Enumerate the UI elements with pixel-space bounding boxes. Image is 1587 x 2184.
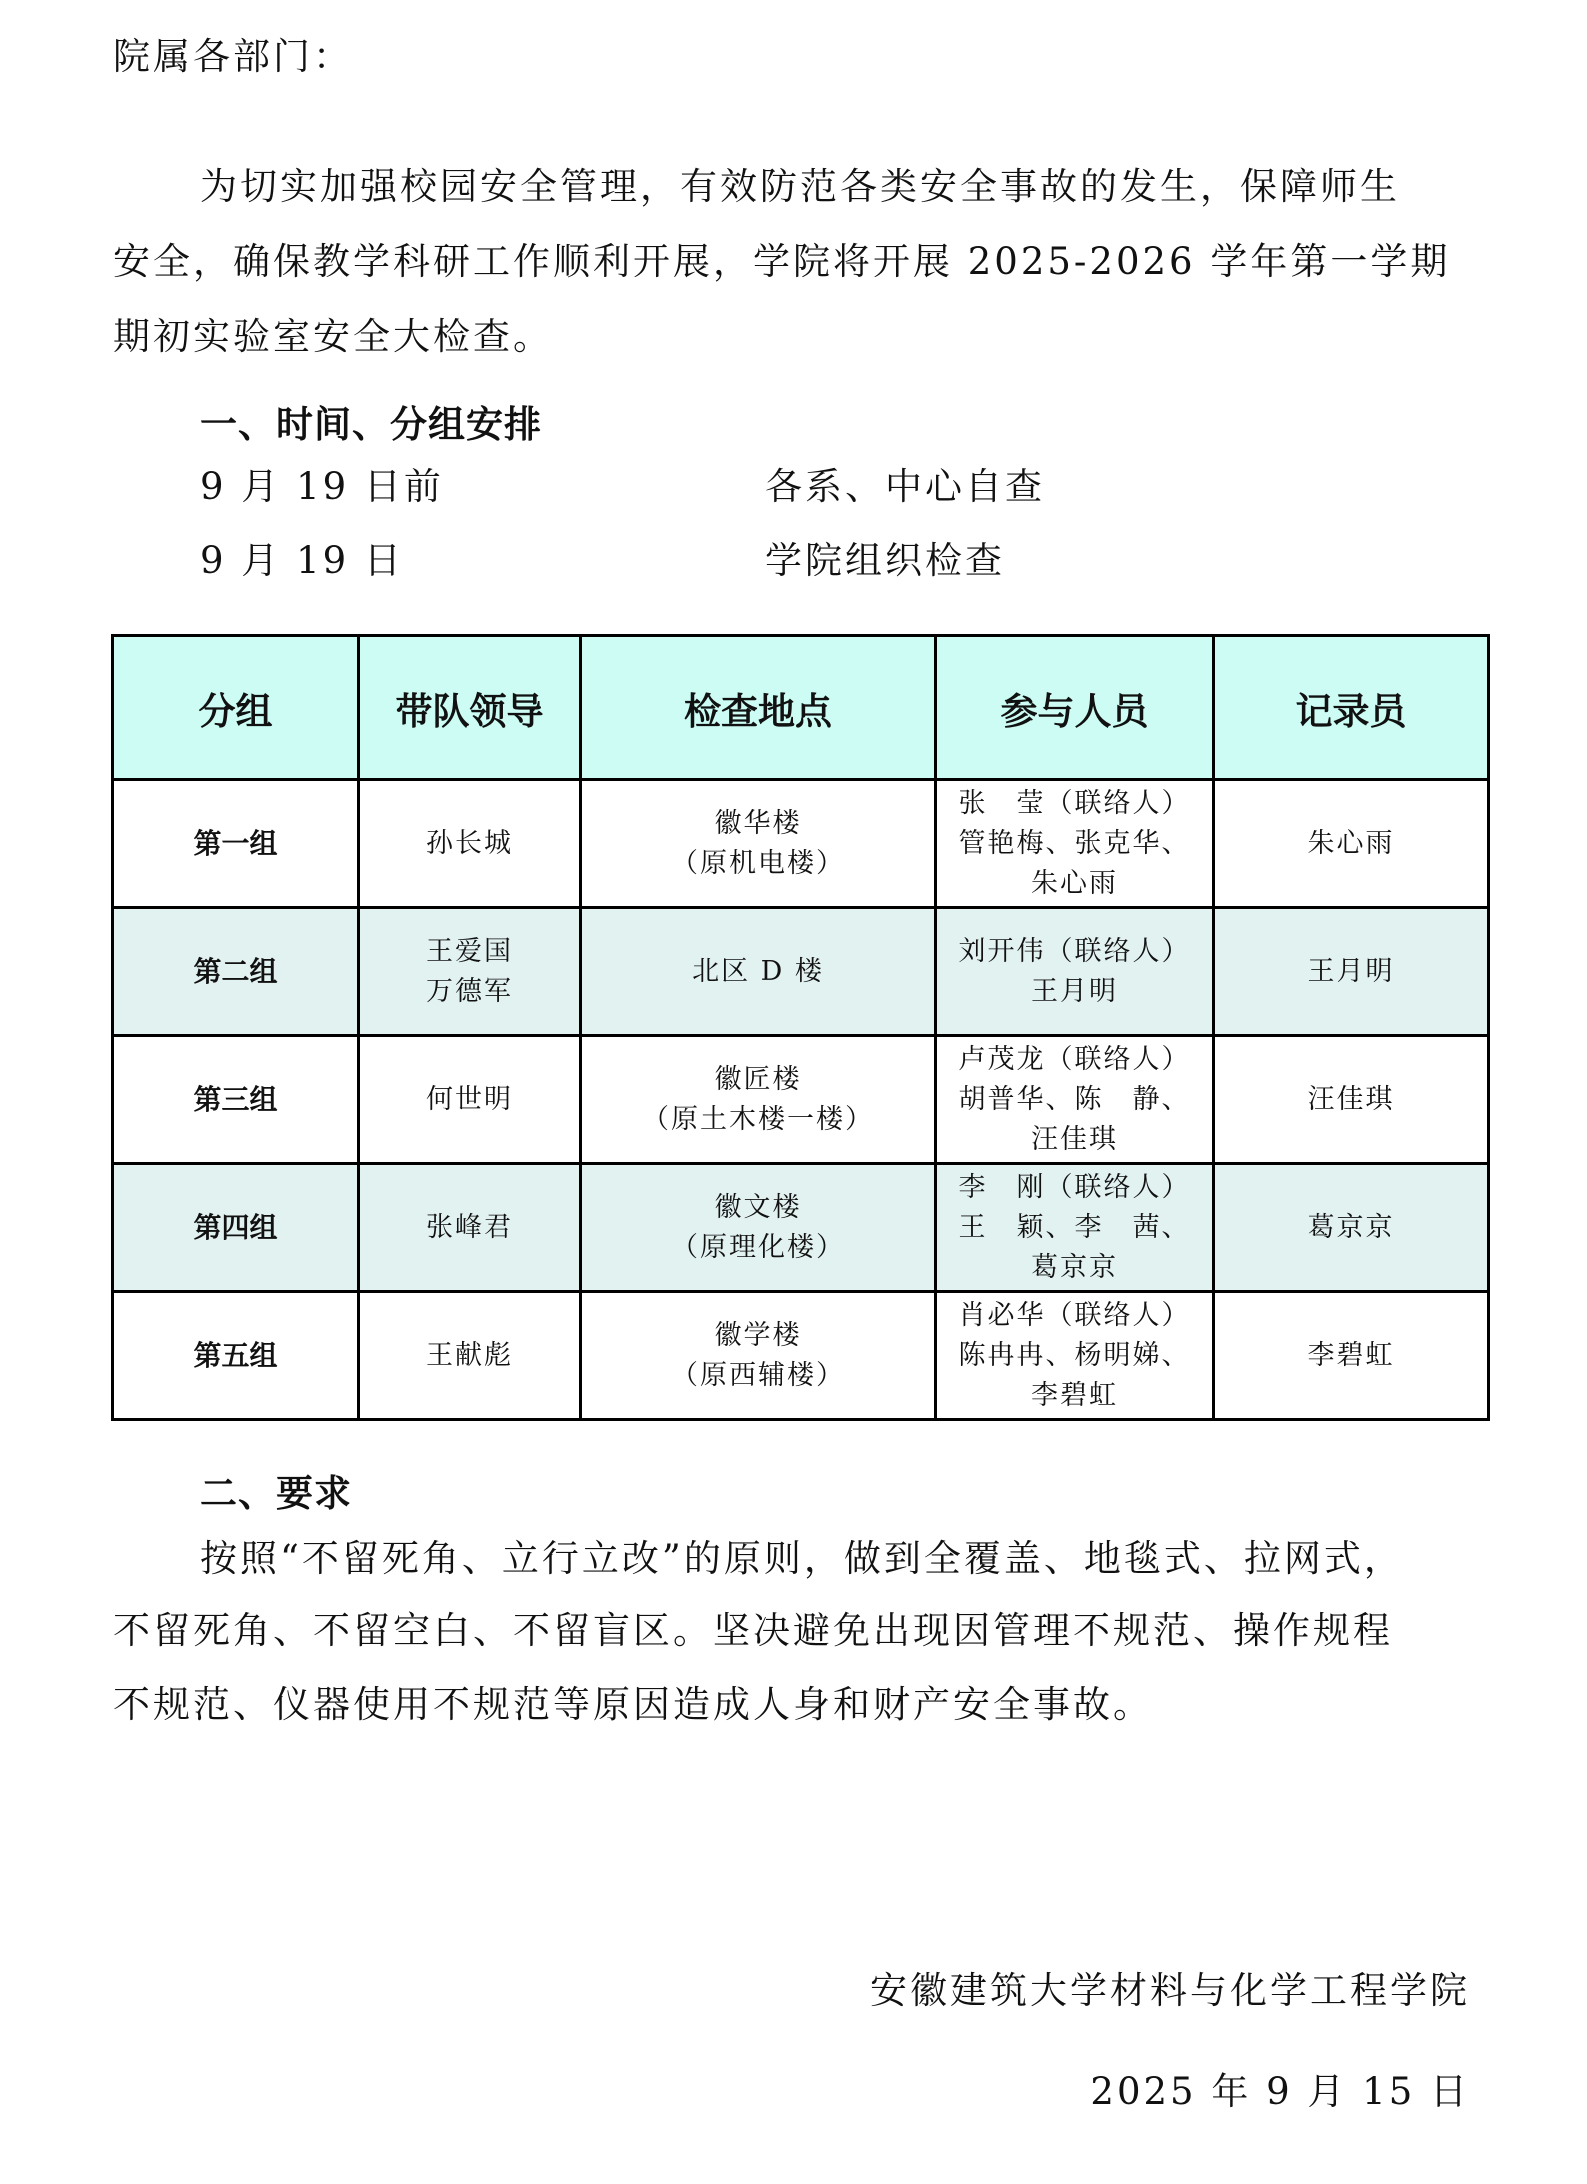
table-row: 第二组 王爱国万德军 北区 D 楼 刘开伟（联络人）王月明 王月明 [113, 908, 1489, 1036]
leader-name: 万德军 [360, 972, 579, 1012]
inspection-groups-table: 分组 带队领导 检查地点 参与人员 记录员 第一组 孙长城 徽华楼（原机电楼） … [111, 634, 1490, 1421]
location-cell: 徽文楼（原理化楼） [581, 1164, 936, 1292]
leader-cell: 孙长城 [359, 780, 581, 908]
leader-name: 王爱国 [360, 932, 579, 972]
location-line: （原西辅楼） [582, 1356, 934, 1396]
recorder-cell: 葛京京 [1214, 1164, 1489, 1292]
members-line: 张 莹（联络人） [937, 784, 1212, 824]
leader-cell: 王爱国万德军 [359, 908, 581, 1036]
signature-date: 2025 年 9 月 15 日 [1090, 2073, 1470, 2110]
members-line: 朱心雨 [937, 864, 1212, 904]
leader-cell: 王献彪 [359, 1292, 581, 1420]
schedule-date: 9 月 19 日前 [200, 468, 444, 505]
signature-organization: 安徽建筑大学材料与化学工程学院 [870, 1972, 1470, 2009]
intro-line-2: 安全，确保教学科研工作顺利开展，学院将开展 2025-2026 学年第一学期 [113, 243, 1450, 280]
schedule-activity: 学院组织检查 [765, 542, 1005, 579]
column-header-members: 参与人员 [936, 636, 1214, 780]
recorder-cell: 李碧虹 [1214, 1292, 1489, 1420]
members-line: 卢茂龙（联络人） [937, 1040, 1212, 1080]
location-line: 徽华楼 [582, 804, 934, 844]
salutation: 院属各部门： [113, 38, 353, 75]
members-cell: 肖必华（联络人）陈冉冉、杨明娣、李碧虹 [936, 1292, 1214, 1420]
leader-name: 张峰君 [360, 1208, 579, 1248]
leader-name: 孙长城 [360, 824, 579, 864]
requirements-line-3: 不规范、仪器使用不规范等原因造成人身和财产安全事故。 [113, 1686, 1153, 1723]
recorder-cell: 朱心雨 [1214, 780, 1489, 908]
leader-name: 何世明 [360, 1080, 579, 1120]
location-line: （原机电楼） [582, 844, 934, 884]
members-line: 刘开伟（联络人） [937, 932, 1212, 972]
group-cell: 第一组 [113, 780, 359, 908]
leader-cell: 何世明 [359, 1036, 581, 1164]
members-line: 管艳梅、张克华、 [937, 824, 1212, 864]
group-cell: 第五组 [113, 1292, 359, 1420]
members-line: 李碧虹 [937, 1376, 1212, 1416]
table-row: 第五组 王献彪 徽学楼（原西辅楼） 肖必华（联络人）陈冉冉、杨明娣、李碧虹 李碧… [113, 1292, 1489, 1420]
group-cell: 第四组 [113, 1164, 359, 1292]
column-header-leader: 带队领导 [359, 636, 581, 780]
column-header-group: 分组 [113, 636, 359, 780]
location-line: （原土木楼一楼） [582, 1100, 934, 1140]
members-cell: 卢茂龙（联络人）胡普华、陈 静、汪佳琪 [936, 1036, 1214, 1164]
members-cell: 张 莹（联络人）管艳梅、张克华、朱心雨 [936, 780, 1214, 908]
intro-line-1: 为切实加强校园安全管理，有效防范各类安全事故的发生，保障师生 [200, 168, 1400, 205]
table-row: 第三组 何世明 徽匠楼（原土木楼一楼） 卢茂龙（联络人）胡普华、陈 静、汪佳琪 … [113, 1036, 1489, 1164]
table-row: 第一组 孙长城 徽华楼（原机电楼） 张 莹（联络人）管艳梅、张克华、朱心雨 朱心… [113, 780, 1489, 908]
members-cell: 李 刚（联络人）王 颖、李 茜、葛京京 [936, 1164, 1214, 1292]
members-line: 胡普华、陈 静、 [937, 1080, 1212, 1120]
leader-cell: 张峰君 [359, 1164, 581, 1292]
leader-name: 王献彪 [360, 1336, 579, 1376]
recorder-cell: 王月明 [1214, 908, 1489, 1036]
table-header-row: 分组 带队领导 检查地点 参与人员 记录员 [113, 636, 1489, 780]
table-row: 第四组 张峰君 徽文楼（原理化楼） 李 刚（联络人）王 颖、李 茜、葛京京 葛京… [113, 1164, 1489, 1292]
location-line: 徽文楼 [582, 1188, 934, 1228]
group-cell: 第三组 [113, 1036, 359, 1164]
members-line: 李 刚（联络人） [937, 1168, 1212, 1208]
requirements-line-2: 不留死角、不留空白、不留盲区。坚决避免出现因管理不规范、操作规程 [113, 1612, 1393, 1649]
requirements-line-1: 按照“不留死角、立行立改”的原则，做到全覆盖、地毯式、拉网式， [200, 1540, 1404, 1577]
recorder-cell: 汪佳琪 [1214, 1036, 1489, 1164]
location-cell: 徽学楼（原西辅楼） [581, 1292, 936, 1420]
location-line: 徽匠楼 [582, 1060, 934, 1100]
location-line: （原理化楼） [582, 1228, 934, 1268]
location-cell: 徽华楼（原机电楼） [581, 780, 936, 908]
location-line: 北区 D 楼 [582, 952, 934, 992]
schedule-activity: 各系、中心自查 [765, 468, 1045, 505]
location-cell: 徽匠楼（原土木楼一楼） [581, 1036, 936, 1164]
section2-heading: 二、要求 [200, 1463, 352, 1517]
location-cell: 北区 D 楼 [581, 908, 936, 1036]
intro-line-3: 期初实验室安全大检查。 [113, 318, 553, 355]
members-line: 汪佳琪 [937, 1120, 1212, 1160]
column-header-location: 检查地点 [581, 636, 936, 780]
schedule-date: 9 月 19 日 [200, 542, 404, 579]
members-line: 陈冉冉、杨明娣、 [937, 1336, 1212, 1376]
column-header-recorder: 记录员 [1214, 636, 1489, 780]
location-line: 徽学楼 [582, 1316, 934, 1356]
section1-heading: 一、时间、分组安排 [200, 394, 542, 448]
members-line: 王月明 [937, 972, 1212, 1012]
members-line: 葛京京 [937, 1248, 1212, 1288]
members-line: 王 颖、李 茜、 [937, 1208, 1212, 1248]
members-line: 肖必华（联络人） [937, 1296, 1212, 1336]
group-cell: 第二组 [113, 908, 359, 1036]
members-cell: 刘开伟（联络人）王月明 [936, 908, 1214, 1036]
